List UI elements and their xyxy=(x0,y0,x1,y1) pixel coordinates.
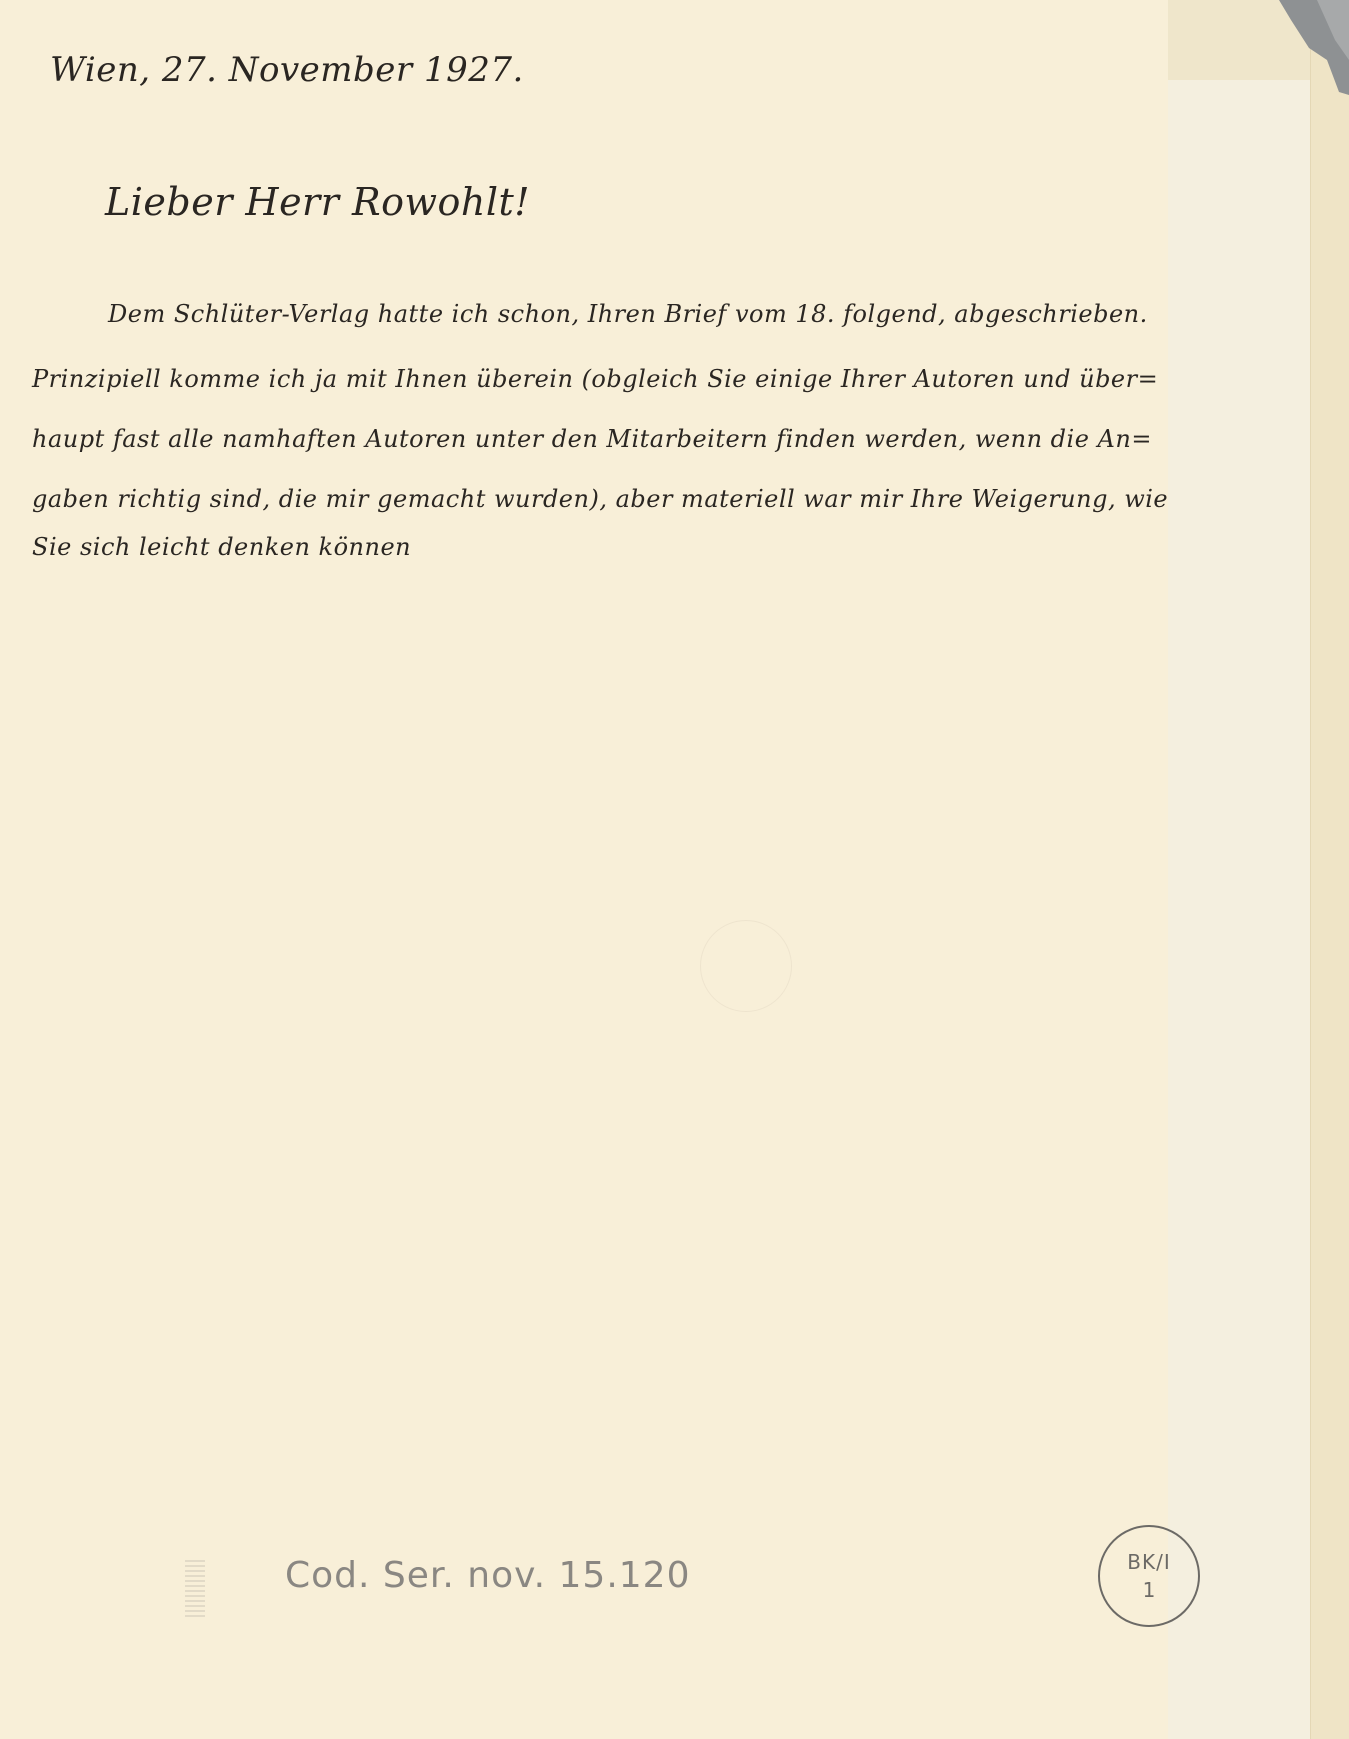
letter-page xyxy=(0,0,1349,1739)
circled-archive-mark: BK/I 1 xyxy=(1098,1525,1200,1627)
circled-mark-bottom: 1 xyxy=(1143,1578,1156,1602)
torn-corner-shadow xyxy=(1269,0,1349,100)
paper-strip-right xyxy=(1168,80,1312,1739)
circled-mark-top: BK/I xyxy=(1127,1550,1170,1574)
body-line-3: haupt fast alle namhaften Autoren unter … xyxy=(32,425,1152,453)
body-line-1: Dem Schlüter-Verlag hatte ich schon, Ihr… xyxy=(108,300,1148,328)
faded-stamp xyxy=(185,1560,205,1620)
paper-edge-right xyxy=(1310,0,1349,1739)
body-line-2: Prinzipiell komme ich ja mit Ihnen übere… xyxy=(32,365,1158,393)
body-line-4: gaben richtig sind, die mir gemacht wurd… xyxy=(32,485,1168,513)
faint-watermark xyxy=(700,920,792,1012)
body-line-5: Sie sich leicht denken können xyxy=(32,533,411,561)
date-line: Wien, 27. November 1927. xyxy=(50,50,524,90)
salutation: Lieber Herr Rowohlt! xyxy=(105,180,530,224)
archive-shelfmark: Cod. Ser. nov. 15.120 xyxy=(285,1555,691,1596)
